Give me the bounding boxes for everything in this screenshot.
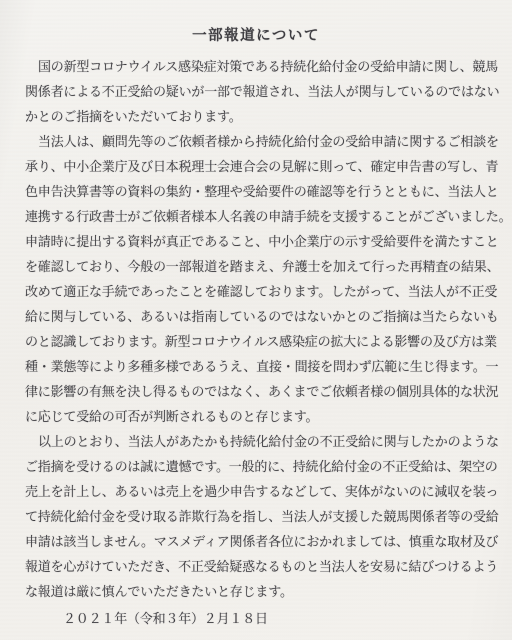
paragraph-1: 国の新型コロナウイルス感染症対策である持続化給付金の受給申請に関し、競馬 関係者… bbox=[25, 54, 492, 129]
text-line: を確認しており、今般の一部報道を踏まえ、弁護士を加えて行った再精査の結果、 bbox=[25, 254, 492, 279]
document-title: 一部報道について bbox=[0, 0, 512, 46]
text-line: 連携する行政書士がご依頼者様本人名義の申請手続を支援することがございました。 bbox=[25, 204, 492, 229]
text-line: 承り、中小企業庁及び日本税理士会連合会の見解に則って、確定申告書の写し、青 bbox=[25, 154, 492, 179]
text-line: かとのご指摘をいただいております。 bbox=[25, 104, 492, 129]
paragraph-2: 当法人は、顧問先等のご依頼者様から持続化給付金の受給申請に関するご相談を 承り、… bbox=[25, 129, 492, 429]
text-line: のと認識しております。新型コロナウイルス感染症の拡大による影響の及び方は業 bbox=[25, 329, 492, 354]
text-line: 以上のとおり、当法人があたかも持続化給付金の不正受給に関与したかのような bbox=[25, 429, 492, 454]
document-body: 国の新型コロナウイルス感染症対策である持続化給付金の受給申請に関し、競馬 関係者… bbox=[0, 54, 512, 631]
text-line: 関係者による不正受給の疑いが一部で報道され、当法人が関与しているのではない bbox=[25, 79, 492, 104]
document-date: ２０２１年（令和３年）２月１８日 bbox=[25, 606, 492, 631]
text-line: 給に関与している、あるいは指南しているのではないかとのご指摘は当たらないも bbox=[25, 304, 492, 329]
text-line: 当法人は、顧問先等のご依頼者様から持続化給付金の受給申請に関するご相談を bbox=[25, 129, 492, 154]
text-line: 国の新型コロナウイルス感染症対策である持続化給付金の受給申請に関し、競馬 bbox=[25, 54, 492, 79]
text-line: 報道を心がけていただき、不正受給疑惑なるものと当法人を安易に結びつけるよう bbox=[25, 554, 492, 579]
text-line: 申請は該当しません。マスメディア関係者各位におかれましては、慎重な取材及び bbox=[25, 529, 492, 554]
scanned-document-page: 一部報道について 国の新型コロナウイルス感染症対策である持続化給付金の受給申請に… bbox=[0, 0, 512, 640]
text-line: 律に影響の有無を決し得るものではなく、あくまでご依頼者様の個別具体的な状況 bbox=[25, 379, 492, 404]
paragraph-3: 以上のとおり、当法人があたかも持続化給付金の不正受給に関与したかのような ご指摘… bbox=[25, 429, 492, 604]
text-line: な報道は厳に慎んでいただきたいと存じます。 bbox=[25, 579, 492, 604]
text-line: に応じて受給の可否が判断されるものと存じます。 bbox=[25, 404, 492, 429]
text-line: て持続化給付金を受け取る詐欺行為を指し、当法人が支援した競馬関係者等の受給 bbox=[25, 504, 492, 529]
text-line: ご指摘を受けるのは誠に遺憾です。一般的に、持続化給付金の不正受給は、架空の bbox=[25, 454, 492, 479]
text-line: 売上を計上し、あるいは売上を過少申告するなどして、実体がないのに減収を装っ bbox=[25, 479, 492, 504]
text-line: 種・業態等により多種多様であるうえ、直接・間接を問わず広範に生じ得ます。一 bbox=[25, 354, 492, 379]
text-line: 色申告決算書等の資料の集約・整理や受給要件の確認等を行うとともに、当法人と bbox=[25, 179, 492, 204]
text-line: 申請時に提出する資料が真正であること、中小企業庁の示す受給要件を満たすこと bbox=[25, 229, 492, 254]
text-line: 改めて適正な手続であったことを確認しております。したがって、当法人が不正受 bbox=[25, 279, 492, 304]
